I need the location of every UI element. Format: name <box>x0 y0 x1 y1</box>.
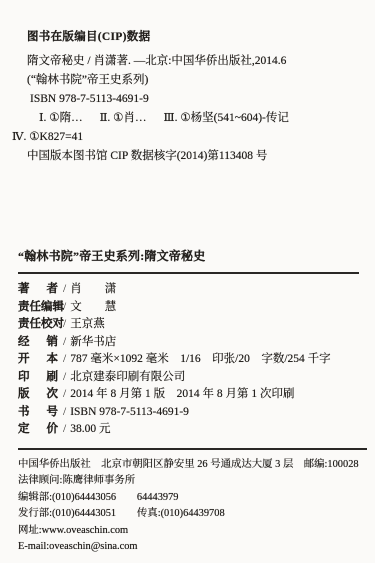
row-value: 2014 年 8 月第 1 版 2014 年 8 月第 1 次印刷 <box>70 386 294 404</box>
cip-isbn: ISBN 978-7-5113-4691-9 <box>27 90 361 109</box>
cip-classification-item: Ⅲ. ①杨坚(541~604)-传记 <box>164 109 289 128</box>
row-label: 定 价 <box>18 421 58 439</box>
colophon-row-distributor: 经 销 / 新华书店 <box>18 334 359 352</box>
row-separator: / <box>63 351 66 369</box>
row-value: 文 慧 <box>70 299 116 317</box>
row-separator: / <box>63 316 66 334</box>
row-value: 北京建泰印刷有限公司 <box>70 369 185 387</box>
publisher-contact-block: 中国华侨出版社 北京市朝阳区静安里 26 号通成达大厦 3 层 邮编:10002… <box>18 448 367 557</box>
row-separator: / <box>63 386 66 404</box>
row-label: 印 刷 <box>18 369 58 387</box>
row-label: 责任校对 <box>18 316 58 334</box>
colophon-row-proofreader: 责任校对 / 王京燕 <box>18 316 359 334</box>
row-value: 新华书店 <box>70 334 116 352</box>
row-label: 责任编辑 <box>18 299 58 317</box>
row-separator: / <box>63 281 66 299</box>
row-separator: / <box>63 369 66 387</box>
cip-classification-line: Ⅰ. ①隋… Ⅱ. ①肖… Ⅲ. ①杨坚(541~604)-传记 <box>27 109 361 128</box>
cip-classification-item: Ⅰ. ①隋… <box>39 109 83 128</box>
row-value: ISBN 978-7-5113-4691-9 <box>70 404 189 422</box>
row-label: 经 销 <box>18 334 58 352</box>
contact-line-website: 网址:www.oveaschin.com <box>18 523 367 540</box>
cip-description: 隋文帝秘史 / 肖潇著. —北京:中国华侨出版社,2014.6 <box>27 52 361 71</box>
colophon-row-author: 著 者 / 肖 潇 <box>18 281 359 299</box>
row-separator: / <box>63 299 66 317</box>
colophon-row-printer: 印 刷 / 北京建泰印刷有限公司 <box>18 369 359 387</box>
cip-classification-continued: Ⅳ. ①K827=41 <box>12 128 361 147</box>
row-value: 肖 潇 <box>70 281 116 299</box>
cip-classification-item: Ⅱ. ①肖… <box>100 109 147 128</box>
row-label: 书 号 <box>18 404 58 422</box>
contact-line-legal: 法律顾问:陈鹰律师事务所 <box>18 473 367 490</box>
colophon-row-edition: 版 次 / 2014 年 8 月第 1 版 2014 年 8 月第 1 次印刷 <box>18 386 359 404</box>
row-value: 王京燕 <box>70 316 105 334</box>
colophon-block: “翰林书院”帝王史系列:隋文帝秘史 著 者 / 肖 潇 责任编辑 / 文 慧 责… <box>18 250 359 448</box>
contact-line-editorial-phone: 编辑部:(010)64443056 64443979 <box>18 490 367 507</box>
series-title: “翰林书院”帝王史系列:隋文帝秘史 <box>18 250 359 263</box>
cip-block: 图书在版编目(CIP)数据 隋文帝秘史 / 肖潇著. —北京:中国华侨出版社,2… <box>27 28 361 166</box>
colophon-row-format: 开 本 / 787 毫米×1092 毫米 1/16 印张/20 字数/254 千… <box>18 351 359 369</box>
book-copyright-page: 图书在版编目(CIP)数据 隋文帝秘史 / 肖潇著. —北京:中国华侨出版社,2… <box>0 0 375 563</box>
row-label: 著 者 <box>18 281 58 299</box>
contact-lines: 中国华侨出版社 北京市朝阳区静安里 26 号通成达大厦 3 层 邮编:10002… <box>18 450 367 557</box>
cip-record-number: 中国版本图书馆 CIP 数据核字(2014)第113408 号 <box>27 147 361 166</box>
colophon-rows: 著 者 / 肖 潇 责任编辑 / 文 慧 责任校对 / 王京燕 经 销 / 新华… <box>18 274 359 448</box>
cip-heading: 图书在版编目(CIP)数据 <box>27 28 361 47</box>
row-separator: / <box>63 404 66 422</box>
contact-line-address: 中国华侨出版社 北京市朝阳区静安里 26 号通成达大厦 3 层 邮编:10002… <box>18 457 367 474</box>
cip-series-note: (“翰林书院”帝王史系列) <box>27 71 361 90</box>
row-separator: / <box>63 421 66 439</box>
contact-line-distribution-phone: 发行部:(010)64443051 传真:(010)64439708 <box>18 506 367 523</box>
row-value: 787 毫米×1092 毫米 1/16 印张/20 字数/254 千字 <box>70 351 330 369</box>
row-value: 38.00 元 <box>70 421 110 439</box>
contact-line-email: E-mail:oveaschin@sina.com <box>18 539 367 556</box>
colophon-row-isbn: 书 号 / ISBN 978-7-5113-4691-9 <box>18 404 359 422</box>
colophon-row-editor: 责任编辑 / 文 慧 <box>18 299 359 317</box>
row-separator: / <box>63 334 66 352</box>
colophon-row-price: 定 价 / 38.00 元 <box>18 421 359 439</box>
row-label: 版 次 <box>18 386 58 404</box>
row-label: 开 本 <box>18 351 58 369</box>
